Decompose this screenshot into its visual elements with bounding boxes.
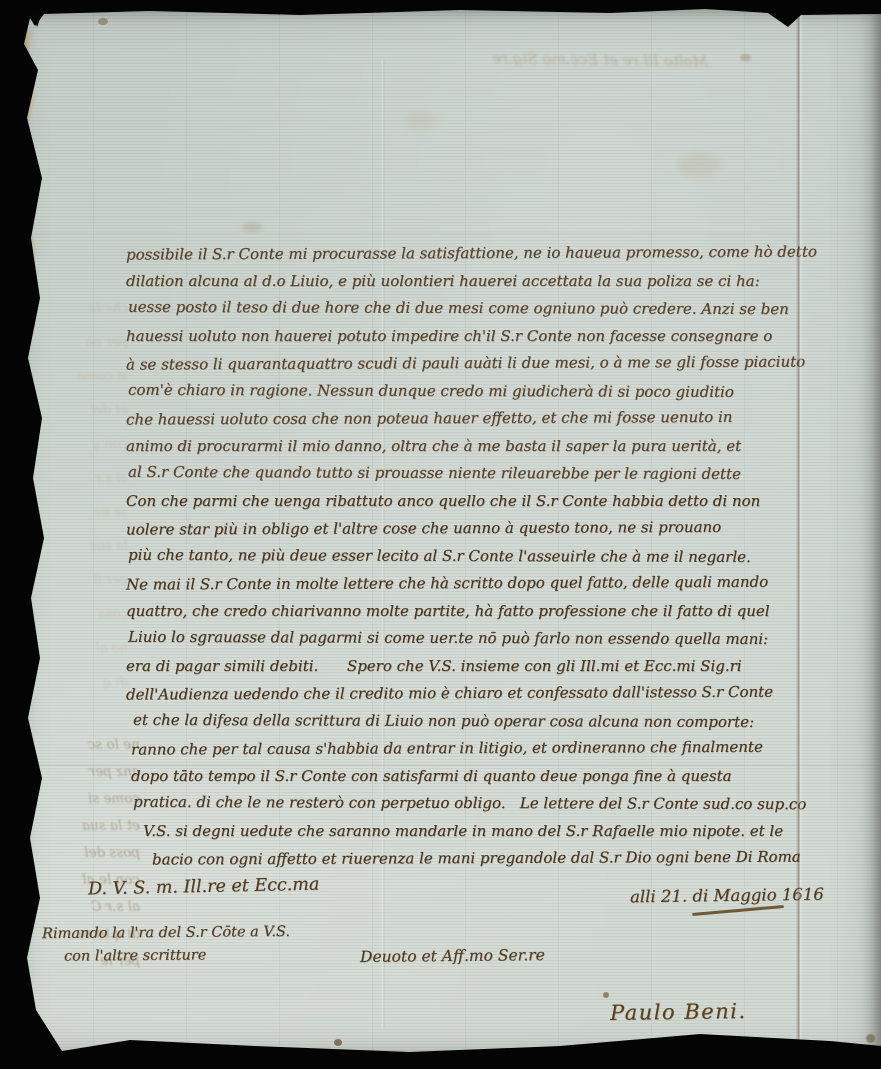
body-line: uesse posto il teso di due hore che di d… [128,294,830,324]
body-line: animo di procurarmi il mio danno, oltra … [126,433,828,461]
body-line: Con che parmi che uenga ribattuto anco q… [126,488,828,516]
body-line: quattro, che credo chiarivanno molte par… [126,598,828,626]
ink-stain [740,54,751,61]
letter-body: possibile il S.r Conte mi procurasse la … [126,240,828,873]
fold-crease-vertical [796,12,803,1049]
body-line: uolere star più in obligo et l'altre cos… [126,513,828,544]
bleed-through-left-margin: ne lo sc anz per come si et la sua poss … [24,732,140,982]
date-underline-flourish [692,905,784,916]
ink-stain [334,1039,342,1046]
body-line: pratica. di che le ne resterò con perpet… [133,789,830,819]
foxing-spot [676,152,722,178]
body-line: più che tanto, ne più deue esser lecito … [128,541,830,571]
body-line: à se stesso li quarantaquattro scudi di … [126,348,828,379]
body-line: Liuio lo sgrauasse dal pagarmi si come u… [128,624,830,654]
bleed-through-annotation-illegible: Molto Ill.re et Ecc.mo Sig.re [408,47,708,70]
ink-stain [603,992,609,998]
body-line: bacio con ogni affetto et riuerenza le m… [152,844,828,874]
postscript-line-1: Rimando la l'ra del S.r Cōte a V.S. [42,924,290,942]
body-line: al S.r Conte che quando tutto si prouass… [128,459,830,489]
letter-page: Molto Ill.re et Ecc.mo Sig.re che la per… [0,0,881,1069]
foxing-spot [404,112,438,130]
body-line: che hauessi uoluto cosa che non poteua h… [126,403,828,434]
signature: Paulo Beni. [610,999,747,1025]
scan-background: Molto Ill.re et Ecc.mo Sig.re che la per… [0,0,881,1069]
body-line: dilation alcuna al d.o Liuio, e più uolo… [126,268,828,296]
valediction-line: Deuoto et Aff.mo Ser.re [360,946,545,966]
body-line: et che la difesa della scrittura di Liui… [133,706,830,736]
body-line: ranno che per tal causa s'habbia da entr… [131,733,828,764]
bleed-through-left-margin-faint: che la per no si come et del con q al s.… [28,292,128,712]
body-line: dell'Audienza uedendo che il credito mio… [126,678,828,709]
body-line: Ne mai il S.r Conte in molte lettere che… [126,568,828,599]
ink-stain [98,18,108,25]
body-line: dopo tāto tempo il S.r Conte con satisfa… [131,763,828,791]
fold-crease-horizontal-upper [26,231,881,234]
body-line: possibile il S.r Conte mi procurasse la … [126,238,828,269]
ink-stain [866,1034,875,1043]
body-line: hauessi uoluto non hauerei potuto impedi… [126,323,828,351]
date-line: alli 21. di Maggio 1616 [630,885,824,907]
body-line: era di pagar simili debiti. Spero che V.… [126,653,828,681]
body-line: com'è chiaro in ragione. Nessun dunque c… [128,376,830,406]
address-courtesy-line: D. V. S. m. Ill.re et Ecc.ma [88,875,320,900]
postscript-line-2: con l'altre scritture [64,947,206,964]
foxing-spot [242,222,262,232]
torn-edge-curl [16,26,40,344]
body-line: V.S. si degni uedute che saranno mandarl… [143,818,828,846]
